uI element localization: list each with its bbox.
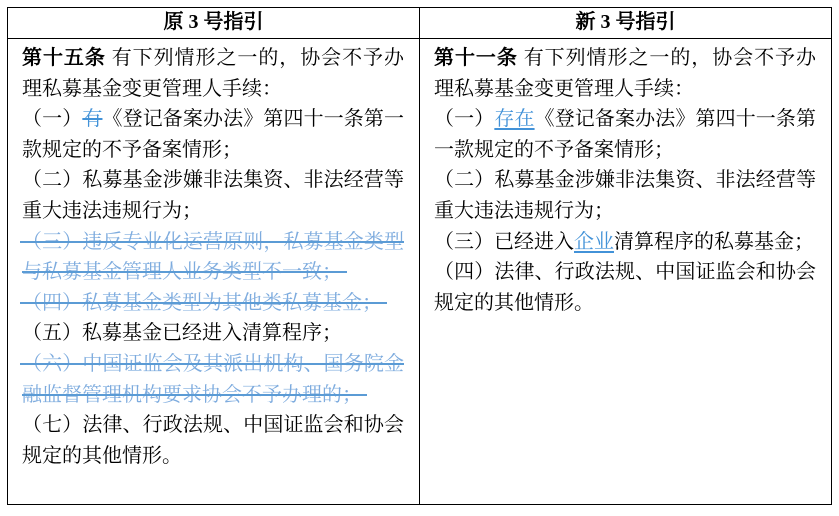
column-header-new: 新 3 号指引 bbox=[420, 8, 832, 39]
text-run: （二）私募基金涉嫌非法集资、非法经营等重大违法违规行为； bbox=[22, 169, 404, 222]
paragraph: （一）存在《登记备案办法》第四十一条第一款规定的不予备案情形； bbox=[434, 104, 816, 165]
text-run: （三）已经进入 bbox=[434, 231, 574, 253]
text-run: （七）法律、行政法规、中国证监会和协会规定的其他情形。 bbox=[22, 414, 404, 467]
deleted-paragraph: （六）中国证监会及其派出机构、国务院金融监督管理机构要求协会不予办理的； bbox=[22, 349, 404, 410]
deleted-text: （三）违反专业化运营原则，私募基金类型与私募基金管理人业务类型不一致； bbox=[22, 231, 404, 284]
article-number-text: 第十五条 bbox=[22, 47, 106, 69]
table-header-row: 原 3 号指引 新 3 号指引 bbox=[8, 8, 832, 39]
added-text: 企业 bbox=[574, 231, 614, 253]
text-run: （一） bbox=[434, 108, 494, 130]
text-run: （二）私募基金涉嫌非法集资、非法经营等重大违法违规行为； bbox=[434, 169, 816, 222]
deleted-paragraph: （四）私募基金类型为其他类私募基金； bbox=[22, 288, 404, 319]
article-number-text: 第十一条 bbox=[434, 47, 518, 69]
column-body-new: 第十一条 有下列情形之一的，协会不予办理私募基金变更管理人手续：（一）存在《登记… bbox=[420, 39, 832, 505]
document-page: 原 3 号指引 新 3 号指引 第十五条 有下列情形之一的，协会不予办理私募基金… bbox=[0, 0, 839, 516]
paragraph: （三）已经进入企业清算程序的私募基金； bbox=[434, 227, 816, 258]
added-text: 存在 bbox=[494, 108, 534, 130]
paragraph: （二）私募基金涉嫌非法集资、非法经营等重大违法违规行为； bbox=[434, 165, 816, 226]
comparison-table: 原 3 号指引 新 3 号指引 第十五条 有下列情形之一的，协会不予办理私募基金… bbox=[7, 7, 832, 505]
paragraph: （一）有《登记备案办法》第四十一条第一款规定的不予备案情形； bbox=[22, 104, 404, 165]
deleted-text: （四）私募基金类型为其他类私募基金； bbox=[22, 292, 387, 314]
paragraph: （五）私募基金已经进入清算程序； bbox=[22, 318, 404, 349]
deleted-paragraph: （三）违反专业化运营原则，私募基金类型与私募基金管理人业务类型不一致； bbox=[22, 227, 404, 288]
deleted-text: （六）中国证监会及其派出机构、国务院金融监督管理机构要求协会不予办理的； bbox=[22, 353, 404, 406]
column-body-original: 第十五条 有下列情形之一的，协会不予办理私募基金变更管理人手续：（一）有《登记备… bbox=[8, 39, 420, 505]
paragraph: （四）法律、行政法规、中国证监会和协会规定的其他情形。 bbox=[434, 257, 816, 318]
deleted-text: 有 bbox=[82, 108, 102, 130]
paragraph: 第十一条 有下列情形之一的，协会不予办理私募基金变更管理人手续： bbox=[434, 43, 816, 104]
paragraph: 第十五条 有下列情形之一的，协会不予办理私募基金变更管理人手续： bbox=[22, 43, 404, 104]
table-body-row: 第十五条 有下列情形之一的，协会不予办理私募基金变更管理人手续：（一）有《登记备… bbox=[8, 39, 832, 505]
paragraph: （二）私募基金涉嫌非法集资、非法经营等重大违法违规行为； bbox=[22, 165, 404, 226]
text-run: 清算程序的私募基金； bbox=[614, 231, 814, 253]
paragraph: （七）法律、行政法规、中国证监会和协会规定的其他情形。 bbox=[22, 410, 404, 471]
text-run: （五）私募基金已经进入清算程序； bbox=[22, 322, 342, 344]
text-run: （四）法律、行政法规、中国证监会和协会规定的其他情形。 bbox=[434, 261, 816, 314]
text-run: （一） bbox=[22, 108, 82, 130]
column-header-original: 原 3 号指引 bbox=[8, 8, 420, 39]
